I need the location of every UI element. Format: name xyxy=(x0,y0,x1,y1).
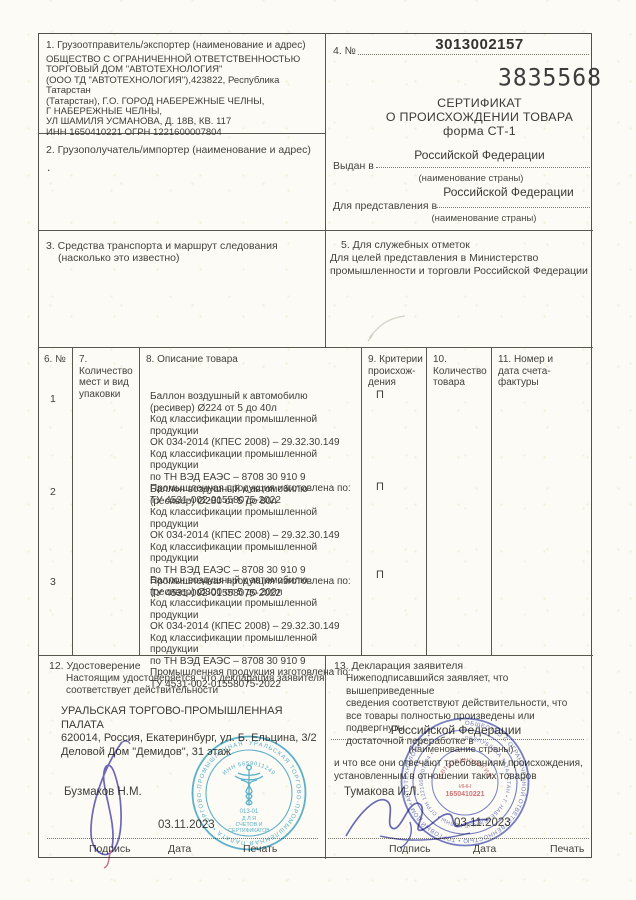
col-number: 6. № 1 2 3 xyxy=(39,348,72,655)
declarant-signature xyxy=(340,788,492,850)
issued-dotted-line xyxy=(376,154,590,168)
col-criteria-header: 9. Критерии происхож- дения xyxy=(362,348,426,389)
title-line1: СЕРТИФИКАТ xyxy=(346,97,613,111)
exporter-address: ОБЩЕСТВО С ОГРАНИЧЕННОЙ ОТВЕТСТВЕННОСТЬЮ… xyxy=(46,55,325,138)
box3-label: 3. Средства транспорта и маршрут следова… xyxy=(46,240,278,252)
blank-form-number: 3835568 xyxy=(498,64,602,92)
certificate-title: СЕРТИФИКАТ О ПРОИСХОЖДЕНИИ ТОВАРА форма … xyxy=(346,97,613,138)
row1-criteria: П xyxy=(376,389,384,401)
issued-hint: (наименование страны) xyxy=(371,173,571,184)
goods-table: 6. № 1 2 3 7. Количество мест и вид упак… xyxy=(39,348,593,656)
col-packages-header: 7. Количество мест и вид упаковки xyxy=(73,348,139,400)
box-exporter: 1. Грузоотправитель/экспортер (наименова… xyxy=(39,34,326,134)
box12-label: 12. Удостоверение xyxy=(49,660,141,672)
presented-label: Для представления в xyxy=(333,200,437,212)
box5-label: 5. Для служебных отметок xyxy=(341,239,470,251)
certifier-signature xyxy=(78,738,148,870)
stray-dot-mark: . xyxy=(47,160,50,174)
col-description: 8. Описание товара Баллон воздушный к ав… xyxy=(139,348,361,655)
presented-hint: (наименование страны) xyxy=(384,213,584,224)
box12-date-label: Дата xyxy=(168,843,191,855)
col-quantity-header: 10. Количество товара xyxy=(427,348,491,389)
col-invoice: 11. Номер и дата счета- фактуры xyxy=(491,348,593,655)
field4-label: 4. № xyxy=(333,45,356,57)
field4-dotted-line xyxy=(358,36,589,55)
scanned-certificate-page: { "header": { "top_number": "3013002157"… xyxy=(0,0,636,900)
row3-number: 3 xyxy=(50,576,56,588)
col-quantity: 10. Количество товара xyxy=(426,348,491,655)
caduceus-icon xyxy=(235,765,263,805)
chamber-stamp-line3: СЕРТИФИКАТОВ xyxy=(228,828,270,834)
box13-label: 13. Декларация заявителя xyxy=(334,660,463,672)
chamber-stamp-code: 013-01 xyxy=(240,809,259,815)
box12-text: Настоящим удостоверяется, что декларация… xyxy=(66,673,324,698)
company-stamp-name: "АВТОТЕХНОЛОГИЯ" xyxy=(437,758,493,781)
box-certificate-head: 3013002157 4. № 3835568 СЕРТИФИКАТ О ПРО… xyxy=(326,34,593,231)
col-packages: 7. Количество мест и вид упаковки xyxy=(72,348,139,655)
row3-criteria: П xyxy=(376,569,384,581)
box-transport: 3. Средства транспорта и маршрут следова… xyxy=(39,231,326,348)
chamber-round-stamp: УРАЛЬСКАЯ ТОРГОВО-ПРОМЫШЛЕННАЯ ПАЛАТА • … xyxy=(189,733,309,853)
col-description-header: 8. Описание товара xyxy=(140,348,361,366)
box-importer: 2. Грузополучатель/импортер (наименовани… xyxy=(39,134,326,231)
box2-label: 2. Грузополучатель/импортер (наименовани… xyxy=(46,144,311,156)
col-invoice-header: 11. Номер и дата счета- фактуры xyxy=(492,348,593,389)
box3-sublabel: (насколько это известно) xyxy=(58,252,180,264)
presented-dotted-line xyxy=(436,194,590,208)
pencil-mark xyxy=(365,312,411,342)
col-number-header: 6. № xyxy=(39,348,72,366)
svg-text:"АВТОТЕХНОЛОГИЯ": "АВТОТЕХНОЛОГИЯ" xyxy=(437,758,493,781)
issued-label: Выдан в xyxy=(333,160,374,172)
title-line3: форма СТ-1 xyxy=(346,125,613,139)
row2-criteria: П xyxy=(376,481,384,493)
box1-label: 1. Грузоотправитель/экспортер (наименова… xyxy=(46,40,306,51)
row2-number: 2 xyxy=(50,486,56,498)
title-line2: О ПРОИСХОЖДЕНИИ ТОВАРА xyxy=(346,111,613,125)
col-criteria: 9. Критерии происхож- дения П П П xyxy=(361,348,426,655)
row1-number: 1 xyxy=(50,393,56,405)
box13-stamp-label: Печать xyxy=(550,843,584,855)
box5-text: Для целей представления в Министерство п… xyxy=(330,252,588,279)
